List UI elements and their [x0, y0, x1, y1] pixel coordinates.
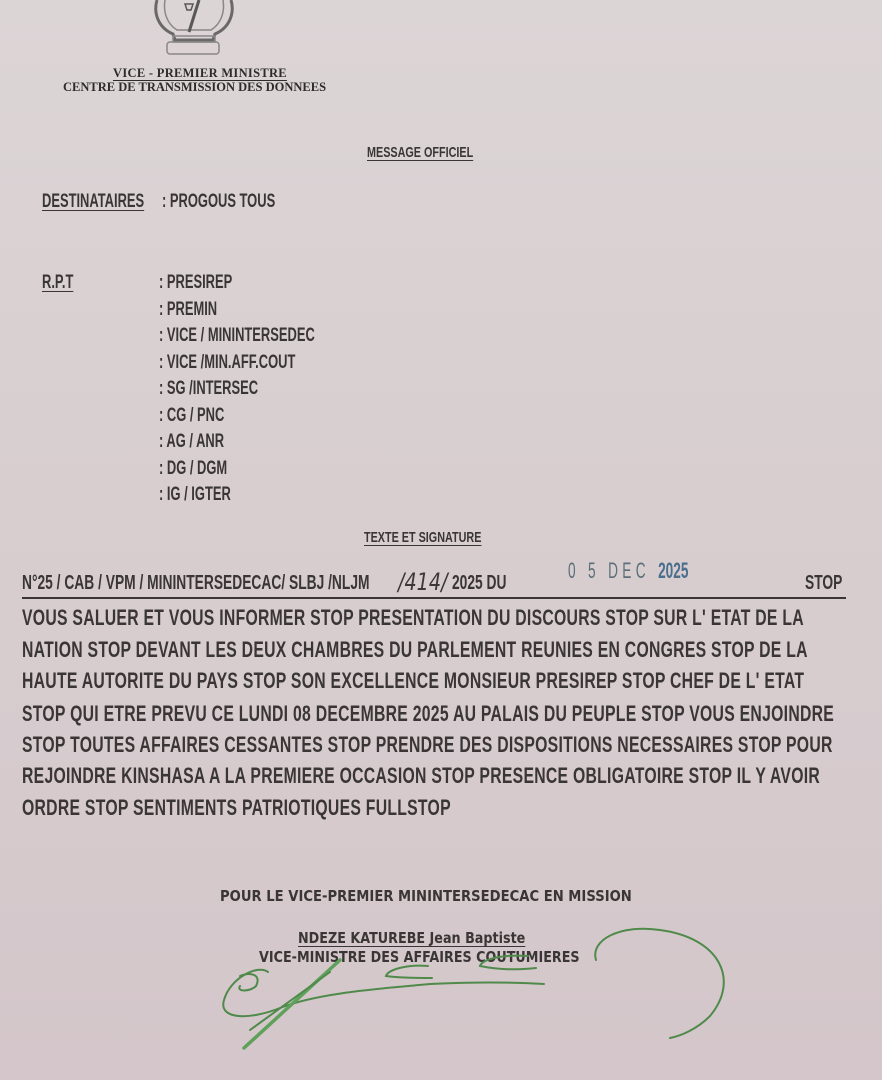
body-line: NATION STOP DEVANT LES DEUX CHAMBRES DU …	[22, 637, 808, 663]
destinataires-label: DESTINATAIRES	[42, 191, 144, 213]
body-line: ORDRE STOP SENTIMENTS PATRIOTIQUES FULLS…	[22, 795, 451, 821]
rpt-item: : CG / PNC	[159, 405, 224, 427]
rpt-item: : IG / IGTER	[159, 484, 231, 506]
message-title: MESSAGE OFFICIEL	[367, 144, 473, 161]
body-line: VOUS SALUER ET VOUS INFORMER STOP PRESEN…	[22, 605, 804, 631]
rpt-item: : PRESIREP	[159, 272, 232, 294]
coat-of-arms-icon	[145, 0, 245, 58]
rpt-item: : AG / ANR	[159, 431, 224, 453]
reference-underline	[22, 597, 846, 599]
reference-year: 2025 DU	[452, 572, 506, 595]
date-stamp: 0 5 DEC 2025	[568, 558, 688, 584]
rpt-label: R.P.T	[42, 272, 73, 294]
body-line: REJOINDRE KINSHASA A LA PREMIERE OCCASIO…	[22, 763, 820, 789]
header-center: CENTRE DE TRANSMISSION DES DONNEES	[63, 80, 326, 95]
reference-number: N°25 / CAB / VPM / MININTERSEDECAC/ SLBJ…	[22, 572, 370, 595]
body-line: HAUTE AUTORITE DU PAYS STOP SON EXCELLEN…	[22, 668, 804, 694]
destinataires-value: : PROGOUS TOUS	[162, 191, 275, 213]
rpt-item: : SG /INTERSEC	[159, 378, 258, 400]
signature-for-line: POUR LE VICE-PREMIER MININTERSEDECAC EN …	[220, 887, 632, 905]
header-ministry: VICE - PREMIER MINISTRE	[113, 66, 287, 81]
rpt-item: : DG / DGM	[159, 458, 227, 480]
body-line: STOP QUI ETRE PREVU CE LUNDI 08 DECEMBRE…	[22, 701, 834, 727]
rpt-item: : VICE /MIN.AFF.COUT	[159, 352, 295, 374]
handwritten-signature-icon	[210, 920, 750, 1060]
date-stamp-year: 2025	[658, 558, 688, 583]
texte-signature-title: TEXTE ET SIGNATURE	[364, 529, 481, 546]
reference-stop: STOP	[805, 572, 842, 595]
body-line: STOP TOUTES AFFAIRES CESSANTES STOP PREN…	[22, 732, 833, 758]
date-stamp-day-month: 0 5 DEC	[568, 558, 650, 583]
rpt-item: : PREMIN	[159, 299, 217, 321]
rpt-item: : VICE / MININTERSEDEC	[159, 325, 315, 347]
handwritten-number: /414/	[398, 568, 448, 596]
